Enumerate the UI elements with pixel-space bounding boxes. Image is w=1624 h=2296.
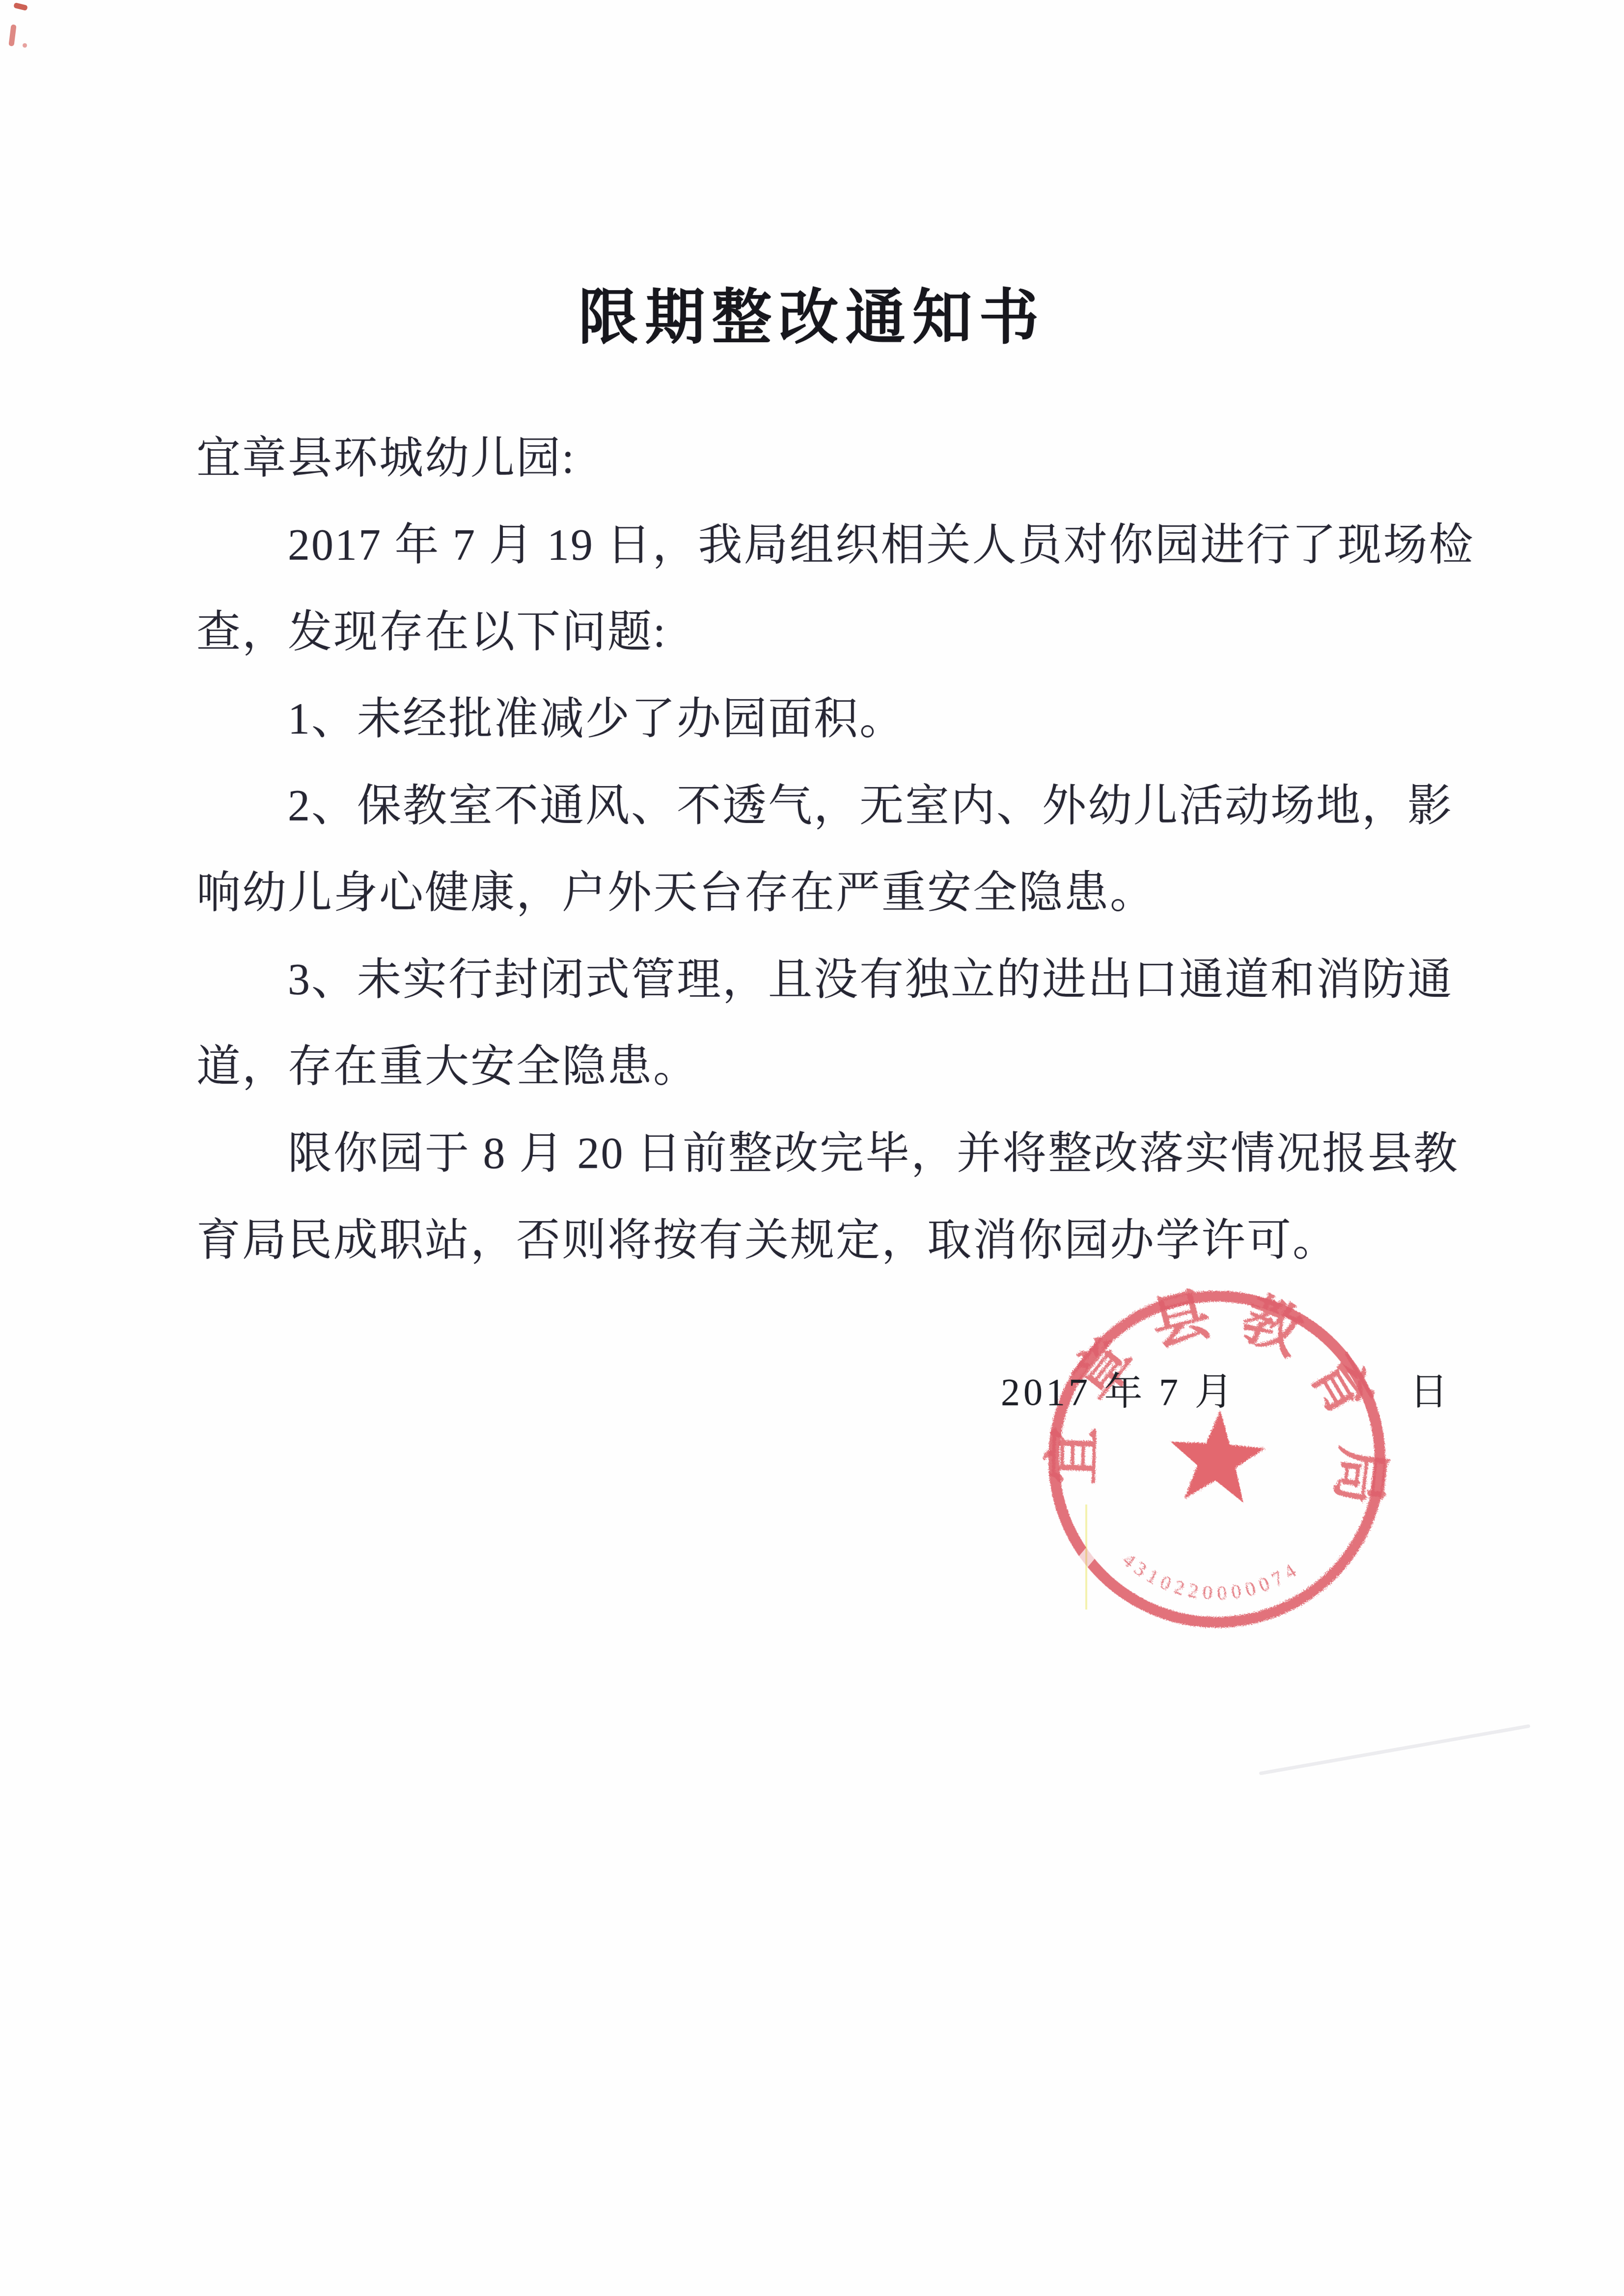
date-month: 7	[1159, 1370, 1182, 1413]
seal-code-digit: 2	[1172, 1576, 1187, 1600]
seal-agency-char: 宜	[1040, 1426, 1106, 1485]
date-day-label: 日	[1410, 1370, 1452, 1413]
date-year: 2017	[1001, 1370, 1091, 1413]
body-line: 限你园于 8 月 20 日前整改完毕，并将整改落实情况报县教	[196, 1110, 1434, 1197]
date-line: 2017 年 7 月 日	[1001, 1361, 1452, 1416]
scan-artifact-red-dot	[23, 43, 27, 48]
official-seal: 宜章县教育局4310220000074	[1020, 1263, 1413, 1656]
seal-code-digit: 0	[1230, 1580, 1242, 1603]
scan-artifact-red-mark	[8, 24, 16, 46]
page-title: 限期整改通知书	[0, 269, 1624, 355]
seal-star-icon	[1166, 1407, 1267, 1504]
addressee-line: 宜章县环城幼儿园:	[196, 415, 1434, 502]
seal-code-digit: 0	[1217, 1582, 1228, 1604]
body-line: 道，存在重大安全隐患。	[196, 1023, 1434, 1110]
document-body: 宜章县环城幼儿园: 2017 年 7 月 19 日，我局组织相关人员对你园进行了…	[196, 415, 1434, 1284]
official-seal-svg: 宜章县教育局4310220000074	[1020, 1263, 1413, 1656]
body-line: 2017 年 7 月 19 日，我局组织相关人员对你园进行了现场检	[196, 502, 1434, 589]
body-line-item-3: 3、未实行封闭式管理，且没有独立的进出口通道和消防通	[196, 936, 1434, 1023]
seal-code-digit: 0	[1243, 1577, 1258, 1601]
scanned-notice-page: 限期整改通知书 宜章县环城幼儿园: 2017 年 7 月 19 日，我局组织相关…	[0, 0, 1624, 2296]
seal-code-digit: 0	[1202, 1581, 1213, 1604]
seal-code-digit: 2	[1186, 1579, 1200, 1603]
body-line-item-2: 2、保教室不通风、不透气，无室内、外幼儿活动场地，影	[196, 763, 1434, 849]
scan-artifact-red-mark	[13, 2, 28, 11]
body-line: 查，发现存在以下问题:	[196, 589, 1434, 676]
date-month-label: 月	[1195, 1370, 1237, 1413]
scan-artifact-streak	[1259, 1724, 1531, 1775]
body-line: 响幼儿身心健康，户外天台存在严重安全隐患。	[196, 849, 1434, 936]
body-line-item-1: 1、未经批准减少了办园面积。	[196, 676, 1434, 763]
date-year-label: 年	[1104, 1370, 1146, 1413]
seal-agency-char: 局	[1324, 1443, 1395, 1508]
